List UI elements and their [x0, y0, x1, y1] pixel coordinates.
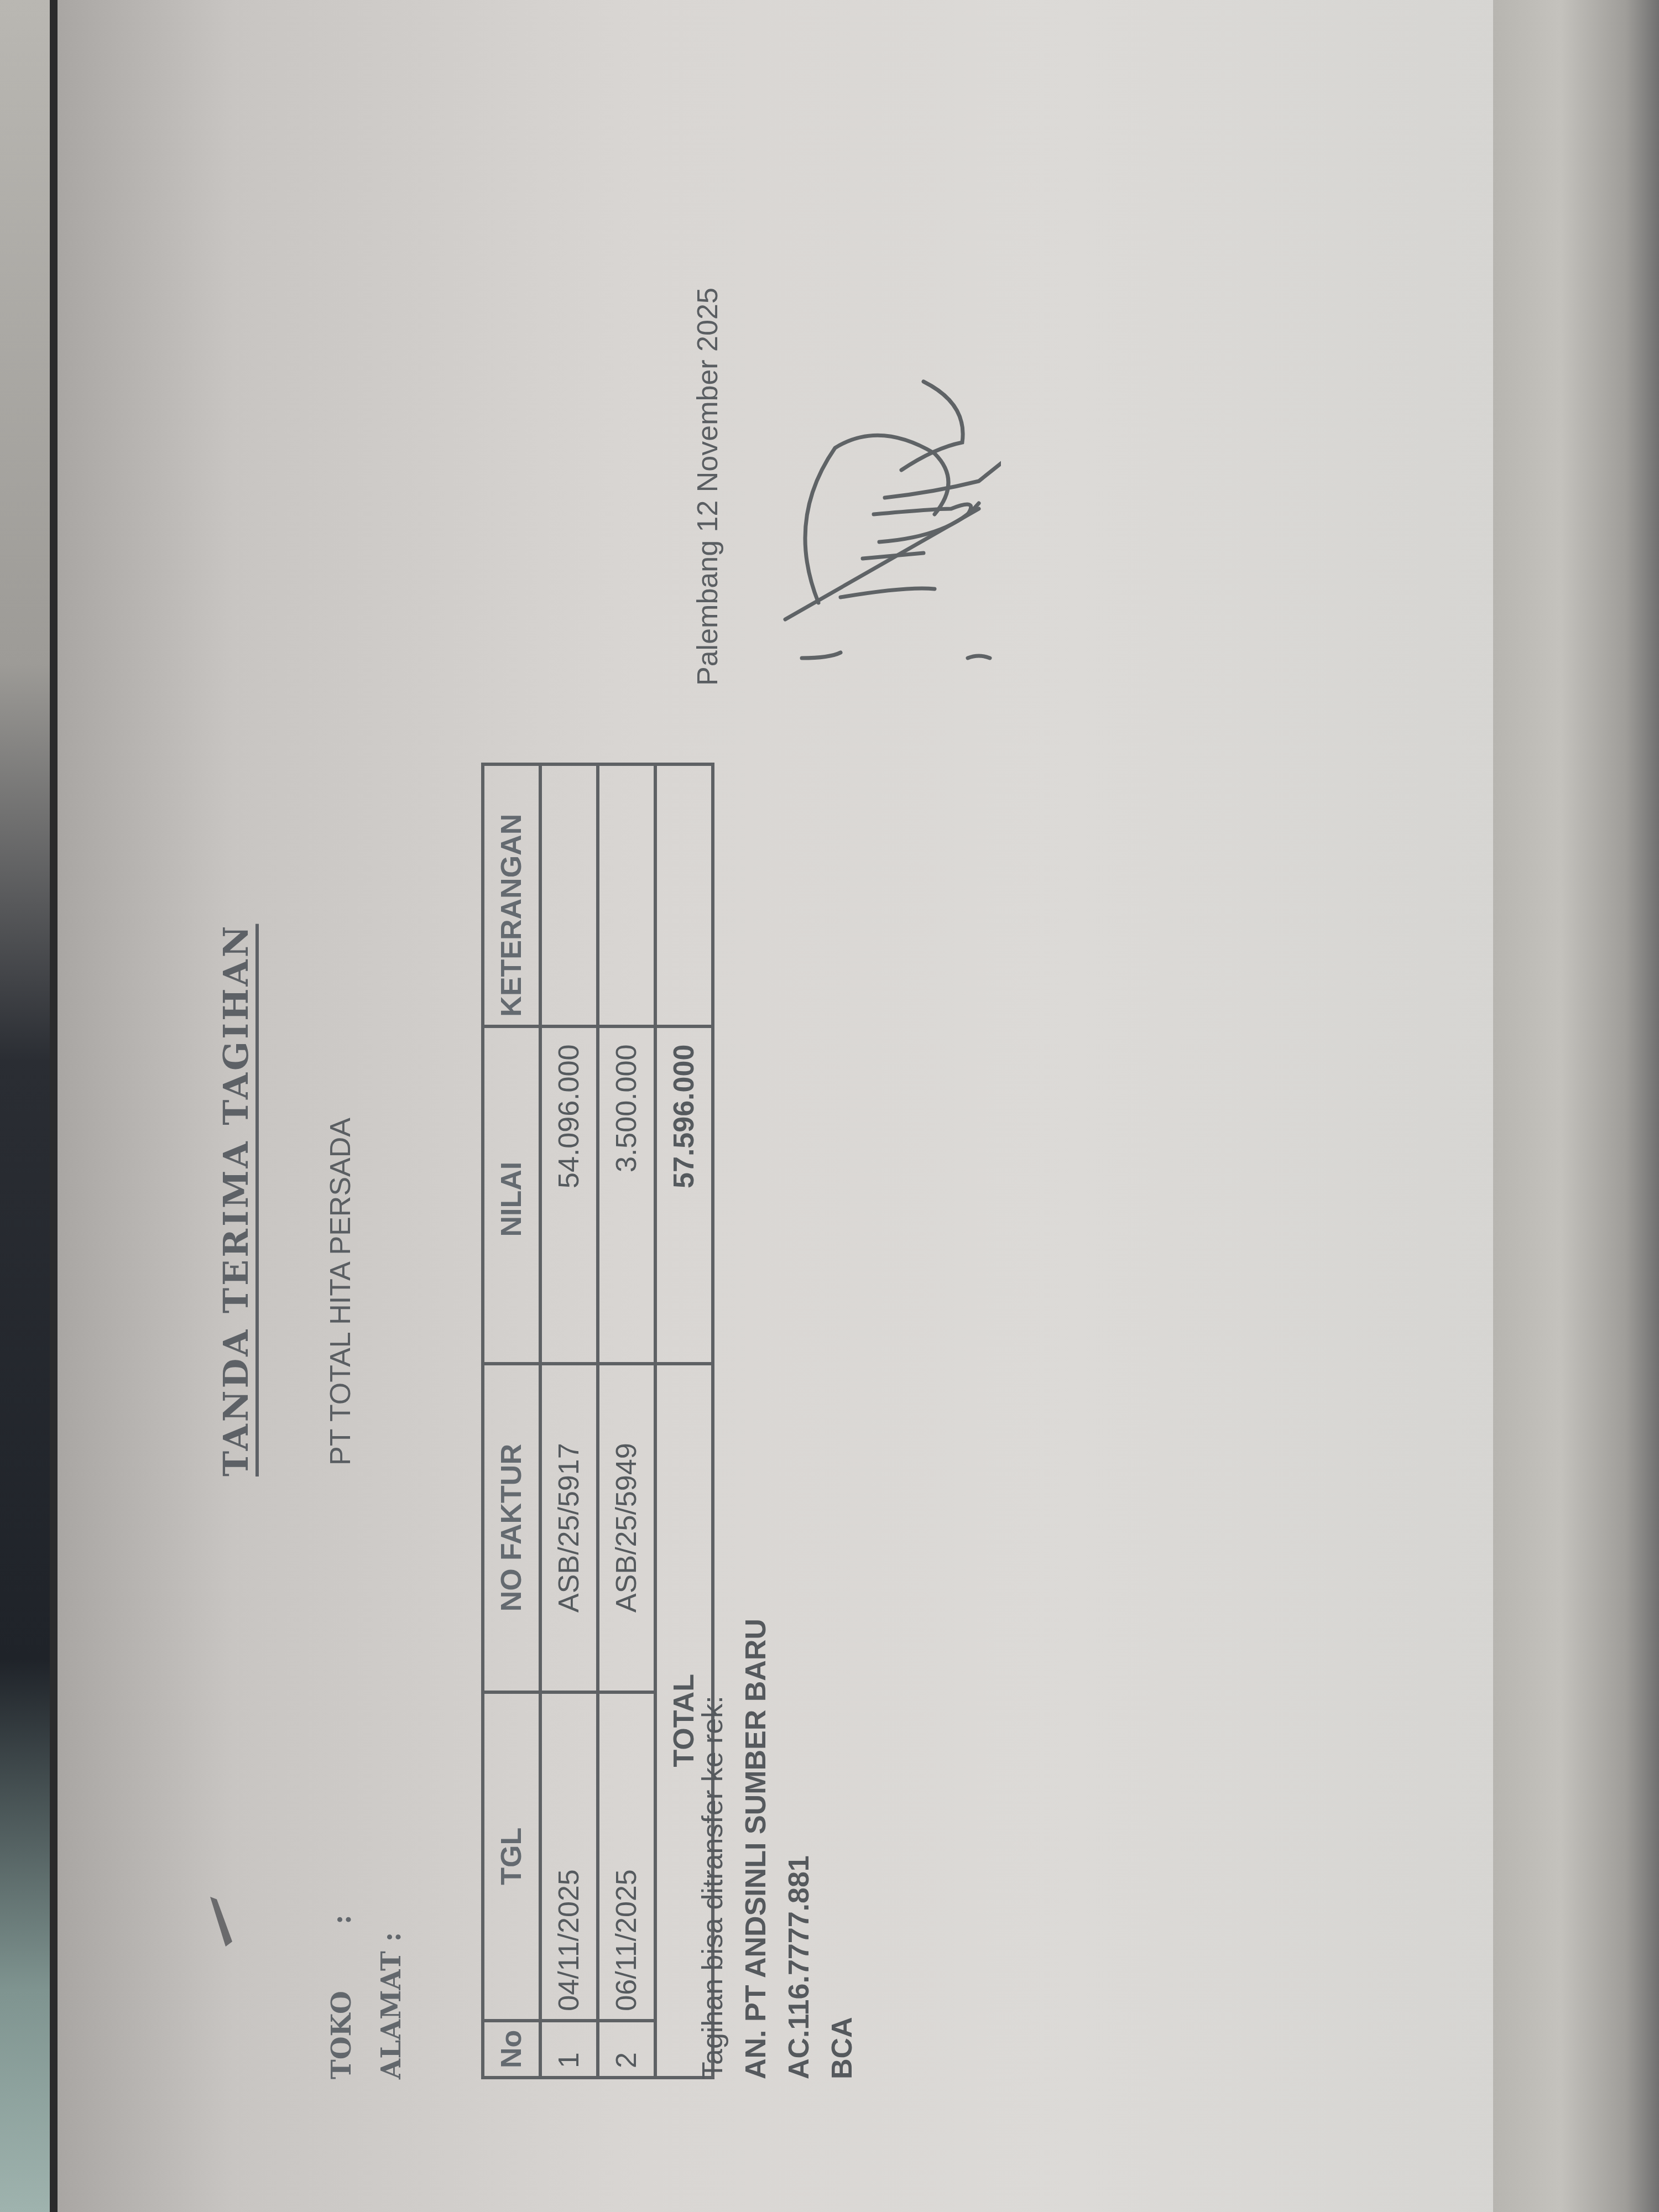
- total-value: 57.596.000: [655, 1026, 713, 1364]
- cell-nilai: 54.096.000: [540, 1026, 598, 1364]
- header-keterangan: KETERANGAN: [483, 764, 540, 1026]
- toko-value: PT TOTAL HITA PERSADA: [324, 1118, 357, 1465]
- header-no-faktur: NO FAKTUR: [483, 1364, 540, 1692]
- header-tgl: TGL: [483, 1692, 540, 2021]
- pen-check-mark-icon: [210, 1897, 232, 1947]
- cell-keterangan-total: [655, 764, 713, 1026]
- bank-name: BCA: [821, 1619, 864, 2079]
- header-nilai: NILAI: [483, 1026, 540, 1364]
- cell-no: 2: [598, 2021, 655, 2078]
- cell-nilai: 3.500.000: [598, 1026, 655, 1364]
- account-holder: AN. PT ANDSINLI SUMBER BARU: [734, 1619, 778, 2079]
- invoice-receipt-document: TANDA TERIMA TAGIHAN TOKO : PT TOTAL HIT…: [194, 83, 1465, 2129]
- toko-separator: :: [326, 1914, 357, 1924]
- table-header-row: No TGL NO FAKTUR NILAI KETERANGAN: [483, 764, 540, 2078]
- cell-keterangan: [540, 764, 598, 1026]
- account-number: AC.116.7777.881: [778, 1619, 821, 2079]
- table-row: 2 06/11/2025 ASB/25/5949 3.500.000: [598, 764, 655, 2078]
- transfer-instructions: Tagihan bisa ditransfer ke rek: AN. PT A…: [691, 1619, 864, 2079]
- cell-no: 1: [540, 2021, 598, 2078]
- transfer-line-intro: Tagihan bisa ditransfer ke rek:: [691, 1619, 734, 2079]
- place-date: Palembang 12 November 2025: [691, 288, 724, 686]
- cell-no-faktur: ASB/25/5949: [598, 1364, 655, 1692]
- cell-keterangan: [598, 764, 655, 1026]
- cell-tgl: 04/11/2025: [540, 1692, 598, 2021]
- cell-tgl: 06/11/2025: [598, 1692, 655, 2021]
- alamat-label: ALAMAT :: [376, 1932, 407, 2079]
- document-title: TANDA TERIMA TAGIHAN: [216, 924, 256, 1477]
- table-row: 1 04/11/2025 ASB/25/5917 54.096.000: [540, 764, 598, 2078]
- header-no: No: [483, 2021, 540, 2078]
- cell-no-faktur: ASB/25/5917: [540, 1364, 598, 1692]
- signature-icon: [769, 371, 1001, 680]
- background-table-surface: [1493, 0, 1659, 2212]
- invoice-table: No TGL NO FAKTUR NILAI KETERANGAN 1 04/1…: [481, 763, 714, 2079]
- toko-label: TOKO: [326, 1991, 357, 2079]
